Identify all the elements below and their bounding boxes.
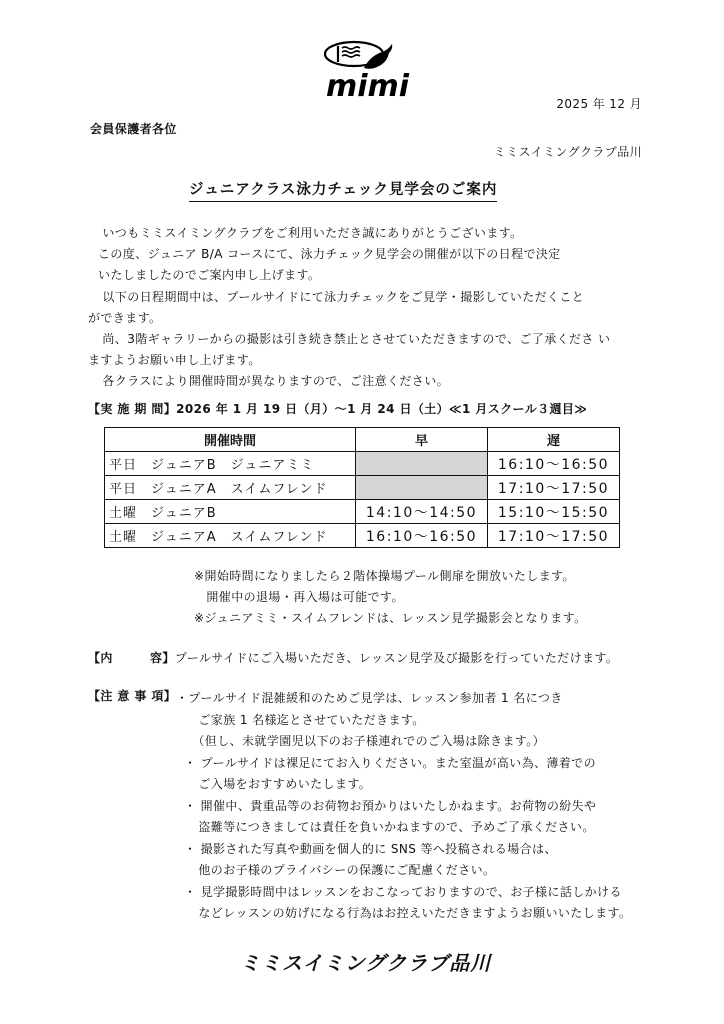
intro-line: ができます。 — [88, 308, 610, 329]
caution-line: などレッスンの妨げになる行為はお控えいただきますようお願いいたします。 — [186, 903, 631, 925]
header-late: 遅 — [488, 428, 620, 452]
class-cell: 土曜 ジュニアA スイムフレンド — [105, 524, 356, 548]
class-cell: 平日 ジュニアA スイムフレンド — [105, 476, 356, 500]
note-line: 開催中の退場・再入場は可能です。 — [194, 587, 587, 608]
caution-line: ご入場をおすすめいたします。 — [186, 774, 631, 796]
table-row: 平日 ジュニアA スイムフレンド 17:10～17:50 — [105, 476, 620, 500]
issue-date: 2025 年 12 月 — [556, 96, 642, 112]
note-line: ※開始時間になりましたら２階体操場プール側扉を開放いたします。 — [194, 566, 587, 587]
note-line: ※ジュニアミミ・スイムフレンドは、レッスン見学撮影会となります。 — [194, 608, 587, 629]
addressee: 会員保護者各位 — [90, 121, 177, 137]
schedule-notes: ※開始時間になりましたら２階体操場プール側扉を開放いたします。 開催中の退場・再… — [194, 566, 587, 629]
caution-line: ・ 開催中、貴重品等のお荷物お預かりはいたしかねます。お荷物の紛失や — [184, 796, 631, 818]
caution-list: ・プールサイド混雑緩和のためご見学は、レッスン参加者 1 名につき ご家族 1 … — [176, 688, 631, 925]
footer-brand: ミミスイミングクラブ品川 — [240, 950, 491, 976]
table-row: 土曜 ジュニアB 14:10～14:50 15:10～15:50 — [105, 500, 620, 524]
caution-line: （但し、未就学園児以下のお子様連れでのご入場は除きます。） — [186, 731, 631, 753]
intro-line: ますようお願い申し上げます。 — [88, 350, 610, 371]
header-early: 早 — [356, 428, 488, 452]
caution-line: ・ 撮影された写真や動画を個人的に SNS 等へ投稿される場合は、 — [184, 839, 631, 861]
late-cell: 15:10～15:50 — [488, 500, 620, 524]
content-label: 【内 容】 — [88, 651, 175, 665]
caution-line: ・プールサイド混雑緩和のためご見学は、レッスン参加者 1 名につき — [176, 688, 631, 710]
period-value: 2026 年 1 月 19 日（月）～1 月 24 日（土）≪1 月スクール３週… — [176, 402, 587, 416]
late-cell: 17:10～17:50 — [488, 476, 620, 500]
schedule-table: 開催時間 早 遅 平日 ジュニアB ジュニアミミ 16:10～16:50 平日 … — [104, 427, 620, 548]
caution-line: 盗難等につきましては責任を負いかねますので、予めご了承ください。 — [186, 817, 631, 839]
early-cell-empty — [356, 476, 488, 500]
table-header-row: 開催時間 早 遅 — [105, 428, 620, 452]
table-row: 土曜 ジュニアA スイムフレンド 16:10～16:50 17:10～17:50 — [105, 524, 620, 548]
caution-line: ・ 見学撮影時間中はレッスンをおこなっておりますので、お子様に話しかける — [184, 882, 631, 904]
content-value: プールサイドにご入場いただき、レッスン見学及び撮影を行っていただけます。 — [175, 651, 618, 665]
class-cell: 土曜 ジュニアB — [105, 500, 356, 524]
early-cell: 14:10～14:50 — [356, 500, 488, 524]
class-cell: 平日 ジュニアB ジュニアミミ — [105, 452, 356, 476]
intro-line: 以下の日程期間中は、プールサイドにて泳力チェックをご見学・撮影していただくこと — [90, 287, 610, 308]
intro-paragraph: いつもミミスイミングクラブをご利用いただき誠にありがとうございます。 この度、ジ… — [90, 223, 610, 393]
page-title: ジュニアクラス泳力チェック見学会のご案内 — [189, 180, 497, 202]
early-cell-empty — [356, 452, 488, 476]
caution-line: ご家族 1 名様迄とさせていただきます。 — [186, 710, 631, 732]
header-class-time: 開催時間 — [105, 428, 356, 452]
intro-line: 尚、3階ギャラリーからの撮影は引き続き禁止とさせていただきますので、ご了承くださ… — [90, 329, 610, 350]
intro-line: いたしましたのでご案内申し上げます。 — [98, 265, 610, 286]
late-cell: 16:10～16:50 — [488, 452, 620, 476]
period-line: 【実 施 期 間】2026 年 1 月 19 日（月）～1 月 24 日（土）≪… — [88, 401, 587, 417]
intro-line: この度、ジュニア B/A コースにて、泳力チェック見学会の開催が以下の日程で決定 — [98, 244, 610, 265]
table-row: 平日 ジュニアB ジュニアミミ 16:10～16:50 — [105, 452, 620, 476]
period-label: 【実 施 期 間】 — [88, 402, 176, 416]
intro-line: 各クラスにより開催時間が異なりますので、ご注意ください。 — [90, 371, 610, 392]
caution-line: ・ プールサイドは裸足にてお入りください。また室温が高い為、薄着での — [184, 753, 631, 775]
content-line: 【内 容】プールサイドにご入場いただき、レッスン見学及び撮影を行っていただけます… — [88, 650, 618, 666]
sender: ミミスイミングクラブ品川 — [494, 144, 642, 160]
early-cell: 16:10～16:50 — [356, 524, 488, 548]
late-cell: 17:10～17:50 — [488, 524, 620, 548]
caution-line: 他のお子様のプライバシーの保護にご配慮ください。 — [186, 860, 631, 882]
caution-label: 【注 意 事 項】 — [88, 688, 176, 704]
intro-line: いつもミミスイミングクラブをご利用いただき誠にありがとうございます。 — [90, 223, 610, 244]
club-logo: mimi — [322, 38, 402, 100]
brand-wordmark: mimi — [326, 72, 409, 102]
